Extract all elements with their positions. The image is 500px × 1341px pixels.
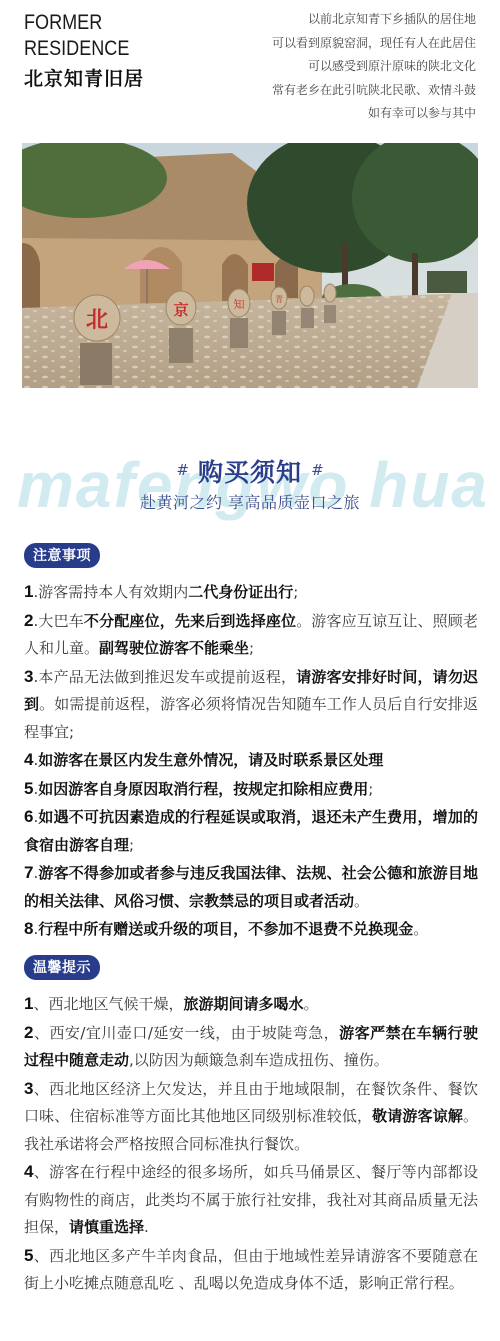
item-text: ; <box>129 836 134 854</box>
item-text: 。 <box>304 995 319 1013</box>
notice-section: 注意事项 1.游客需持本人有效期内二代身份证出行;2.大巴车不分配座位，先来后到… <box>24 543 478 944</box>
item-text-bold: 二代身份证出行 <box>188 583 293 601</box>
item-separator: 、 <box>33 1024 49 1042</box>
title-en-line2: RESIDENCE <box>24 36 129 62</box>
item-text: 。 <box>413 920 428 938</box>
tips-section: 温馨提示 1、西北地区气候干燥，旅游期间请多喝水。2、西安/宜川壶口/延安一线，… <box>24 955 478 1298</box>
item-text: 本产品无法做到推迟发车或提前返程， <box>38 668 296 686</box>
title-en-line1: FORMER <box>24 10 129 36</box>
list-item: 4、游客在行程中途经的很多场所，如兵马俑景区、餐厅等内部都设有购物性的商店，此类… <box>24 1158 478 1242</box>
item-text: 西安/宜川壶口/延安一线，由于坡陡弯急， <box>49 1024 339 1042</box>
banner-title-row: # 购买须知 # <box>0 453 500 489</box>
item-text: ; <box>249 639 254 657</box>
item-text-bold: 如游客在景区内发生意外情况，请及时联系景区处理 <box>38 751 383 769</box>
header-description: 以前北京知青下乡插队的居住地 可以看到原貌窑洞，现任有人在此居住 可以感受到原汁… <box>272 8 476 126</box>
item-text-bold: 请慎重选择 <box>69 1218 144 1236</box>
description-line: 如有幸可以参与其中 <box>272 102 476 126</box>
item-text: ,以防因为颠簸急刹车造成扭伤、撞伤。 <box>129 1051 389 1069</box>
list-item: 3、西北地区经济上欠发达，并且由于地域限制，在餐饮条件、餐饮口味、住宿标准等方面… <box>24 1075 478 1159</box>
list-item: 3.本产品无法做到推迟发车或提前返程，请游客安排好时间，请勿迟到。如需提前返程，… <box>24 663 478 747</box>
description-line: 常有老乡在此引吭陕北民歌、欢情斗鼓 <box>272 79 476 103</box>
item-text-bold: 旅游期间请多喝水 <box>184 995 304 1013</box>
tips-label: 温馨提示 <box>24 955 100 980</box>
description-line: 以前北京知青下乡插队的居住地 <box>272 8 476 32</box>
list-item: 6.如遇不可抗因素造成的行程延误或取消，退还未产生费用，增加的食宿由游客自理; <box>24 803 478 859</box>
item-text-bold: 副驾驶位游客不能乘坐 <box>99 639 249 657</box>
title-cn: 北京知青旧居 <box>24 64 147 91</box>
item-separator: 、 <box>33 1080 49 1098</box>
stone-label: 知 <box>234 298 245 311</box>
list-item: 2.大巴车不分配座位，先来后到选择座位。游客应互谅互让、照顾老人和儿童。副驾驶位… <box>24 607 478 663</box>
list-item: 4.如游客在景区内发生意外情况，请及时联系景区处理 <box>24 746 478 775</box>
purchase-notice-banner: mafengwo hua # 购买须知 # 赴黄河之约 享高品质壶口之旅 <box>0 415 500 525</box>
list-item: 8.行程中所有赠送或升级的项目，不参加不退费不兑换现金。 <box>24 915 478 944</box>
item-text-bold: 敬请游客谅解 <box>372 1107 463 1125</box>
list-item: 7.游客不得参加或者参与违反我国法律、法规、社会公德和旅游目地的相关法律、风俗习… <box>24 859 478 915</box>
banner-subtitle: 赴黄河之约 享高品质壶口之旅 <box>0 490 500 513</box>
item-text-bold: 行程中所有赠送或升级的项目，不参加不退费不兑换现金 <box>38 920 413 938</box>
item-text-bold: 如因游客自身原因取消行程，按规定扣除相应费用 <box>38 780 368 798</box>
item-text: 。 <box>354 892 369 910</box>
item-text: 西北地区多产牛羊肉食品，但由于地域性差异请游客不要随意在街上小吃摊点随意乱吃 、… <box>24 1247 478 1293</box>
item-text: 大巴车 <box>38 612 84 630</box>
hash-right: # <box>311 461 324 479</box>
banner-title: 购买须知 <box>198 458 302 487</box>
item-separator: 、 <box>33 1247 49 1265</box>
item-text: 。如需提前返程，游客必须将情况告知随车工作人员后自行安排返程事宜; <box>24 695 478 741</box>
item-text: ; <box>368 780 373 798</box>
description-line: 可以感受到原汁原味的陕北文化 <box>272 55 476 79</box>
item-text: ; <box>293 583 298 601</box>
list-item: 5.如因游客自身原因取消行程，按规定扣除相应费用; <box>24 775 478 804</box>
residence-photo: 北 京 知 青 <box>22 143 478 388</box>
list-item: 1.游客需持本人有效期内二代身份证出行; <box>24 578 478 607</box>
item-text: . <box>144 1218 149 1236</box>
item-text-bold: 如遇不可抗因素造成的行程延误或取消，退还未产生费用，增加的食宿由游客自理 <box>24 808 478 854</box>
list-item: 1、西北地区气候干燥，旅游期间请多喝水。 <box>24 990 478 1019</box>
item-separator: 、 <box>33 995 48 1013</box>
hash-left: # <box>176 461 189 479</box>
tips-list: 1、西北地区气候干燥，旅游期间请多喝水。2、西安/宜川壶口/延安一线，由于坡陡弯… <box>24 990 478 1298</box>
stone-label: 北 <box>86 308 108 333</box>
item-separator: 、 <box>33 1163 49 1181</box>
notice-label: 注意事项 <box>24 543 100 568</box>
description-line: 可以看到原貌窑洞，现任有人在此居住 <box>272 32 476 56</box>
item-text-bold: 不分配座位，先来后到选择座位 <box>84 612 296 630</box>
list-item: 2、西安/宜川壶口/延安一线，由于坡陡弯急，游客严禁在车辆行驶过程中随意走动,以… <box>24 1019 478 1075</box>
item-text: 西北地区气候干燥， <box>48 995 183 1013</box>
stone-label: 青 <box>275 294 283 304</box>
list-item: 5、西北地区多产牛羊肉食品，但由于地域性差异请游客不要随意在街上小吃摊点随意乱吃… <box>24 1242 478 1298</box>
item-text: 游客需持本人有效期内 <box>38 583 188 601</box>
item-text-bold: 游客不得参加或者参与违反我国法律、法规、社会公德和旅游目地的相关法律、风俗习惯、… <box>24 864 478 910</box>
notice-list: 1.游客需持本人有效期内二代身份证出行;2.大巴车不分配座位，先来后到选择座位。… <box>24 578 478 944</box>
header: FORMER RESIDENCE 北京知青旧居 以前北京知青下乡插队的居住地 可… <box>0 0 500 136</box>
header-title-block: FORMER RESIDENCE 北京知青旧居 <box>24 10 147 91</box>
stone-label: 京 <box>173 301 188 319</box>
